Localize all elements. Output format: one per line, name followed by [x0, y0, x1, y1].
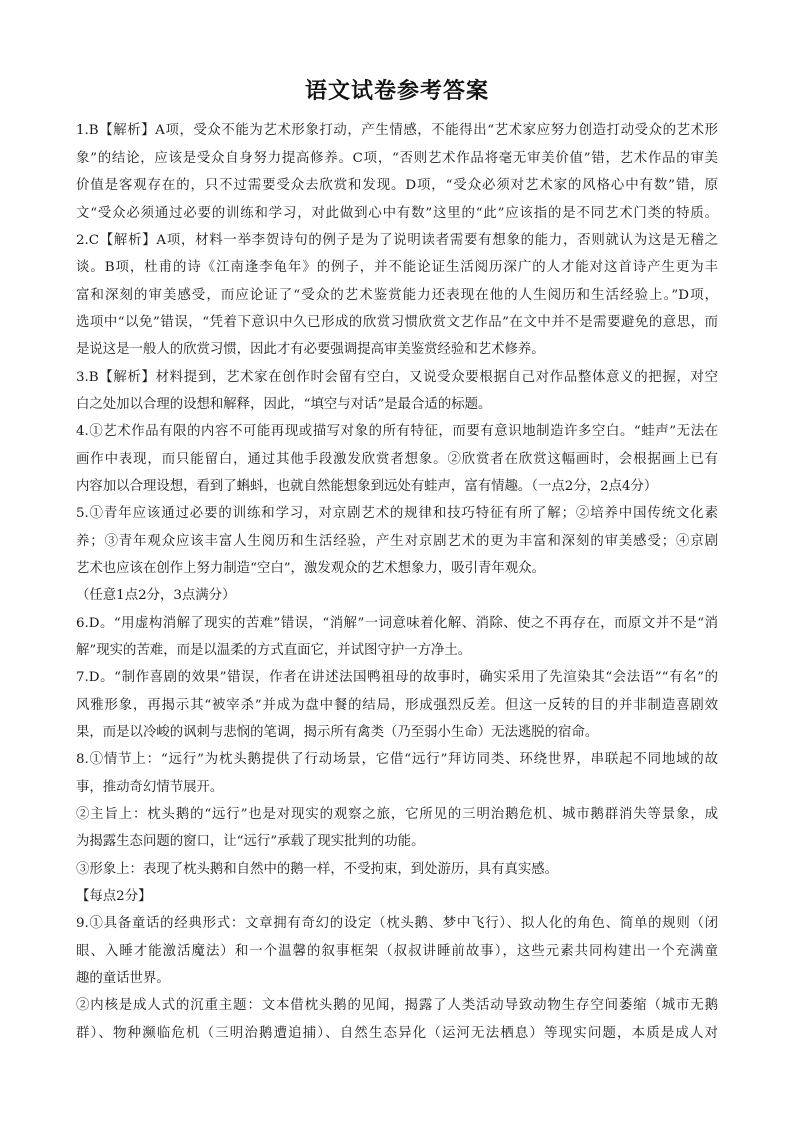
text-line: 价值是客观存在的，只不过需要受众去欣赏和发现。D项，“受众必须对艺术家的风格心中…	[76, 177, 718, 195]
text-line: ②主旨上：枕头鹅的“远行”也是对现实的观察之旅，它所见的三明治鹅危机、城市鹅群消…	[76, 806, 718, 824]
text-line: ②内核是成人式的沉重主题：文本借枕头鹅的见闻，揭露了人类活动导致动物生存空间萎缩…	[76, 997, 718, 1015]
text-line: 【每点2分】	[76, 888, 718, 906]
text-line: 解”现实的苦难，而是以温柔的方式直面它，并试图守护一方净土。	[76, 642, 718, 660]
text-line: 文“受众必须通过必要的训练和学习，对此做到心中有数”这里的“此”应该指的是不同艺…	[76, 205, 718, 223]
text-line: 事，推动奇幻情节展开。	[76, 779, 718, 797]
text-line: 果，而是以冷峻的讽刺与悲悯的笔调，揭示所有禽类（乃至弱小生命）无法逃脱的宿命。	[76, 724, 718, 742]
text-line: 富和深刻的审美感受，而应论证了“受众的艺术鉴赏能力还表现在他的人生阅历和生活经验…	[76, 287, 718, 305]
text-line: 艺术也应该在创作上努力制造“空白”，激发观众的艺术想象力，吸引青年观众。	[76, 560, 718, 578]
text-line: 6.D。“用虚构消解了现实的苦难”错误，“消解”一词意味着化解、消除、使之不再存…	[76, 615, 718, 633]
text-line: 为揭露生态问题的窗口，让“远行”承载了现实批判的功能。	[76, 833, 718, 851]
text-line: 3.B【解析】材料提到，艺术家在创作时会留有空白，又说受众要根据自己对作品整体意…	[76, 369, 718, 387]
text-line: 象”的结论，应该是受众自身努力提高修养。C项，“否则艺术作品将毫无审美价值”错，…	[76, 150, 718, 168]
text-line: 趣的童话世界。	[76, 970, 718, 988]
text-line: 5.①青年应该通过必要的训练和学习，对京剧艺术的规律和技巧特征有所了解；②培养中…	[76, 505, 718, 523]
text-line: 谈。B项，杜甫的诗《江南逢李龟年》的例子，并不能论证生活阅历深广的人才能对这首诗…	[76, 259, 718, 277]
text-line: 眼、入睡才能激活魔法）和一个温馨的叙事框架（叔叔讲睡前故事），这些元素共同构建出…	[76, 943, 718, 961]
text-line: 7.D。“制作喜剧的效果”错误，作者在讲述法国鸭祖母的故事时，确实采用了先渲染其…	[76, 669, 718, 687]
text-line: 2.C【解析】A项，材料一举李贺诗句的例子是为了说明读者需要有想象的能力，否则就…	[76, 232, 718, 250]
text-line: 白之处加以合理的设想和解释，因此，“填空与对话”是最合适的标题。	[76, 396, 718, 414]
document-page: 语文试卷参考答案 1.B【解析】A项，受众不能为艺术形象打动，产生情感，不能得出…	[0, 0, 794, 1122]
text-line: 4.①艺术作品有限的内容不可能再现或描写对象的所有特征，而要有意识地制造许多空白…	[76, 423, 718, 441]
page-title: 语文试卷参考答案	[0, 74, 794, 105]
text-line: 养；③青年观众应该丰富人生阅历和生活经验，产生对京剧艺术的更为丰富和深刻的审美感…	[76, 533, 718, 551]
text-line: 群）、物种濒临危机（三明治鹅遭追捕）、自然生态异化（运河无法栖息）等现实问题，本…	[76, 1025, 718, 1043]
text-line: （任意1点2分，3点满分）	[76, 587, 718, 605]
text-line: 是说这是一般人的欣赏习惯，因此才有必要强调提高审美鉴赏经验和艺术修养。	[76, 341, 718, 359]
text-line: 1.B【解析】A项，受众不能为艺术形象打动，产生情感，不能得出“艺术家应努力创造…	[76, 122, 718, 140]
text-line: 画作中表现，而只能留白，通过其他手段激发欣赏者想象。②欣赏者在欣赏这幅画时，会根…	[76, 451, 718, 469]
text-line: 8.①情节上：“远行”为枕头鹅提供了行动场景，它借“远行”拜访同类、环绕世界，串…	[76, 751, 718, 769]
text-line: 风雅形象，再揭示其“被宰杀”并成为盘中餐的结局，形成强烈反差。但这一反转的目的并…	[76, 697, 718, 715]
text-line: 选项中“以免”错误，“凭着下意识中久已形成的欣赏习惯欣赏文艺作品”在文中并不是需…	[76, 314, 718, 332]
text-line: 内容加以合理设想，看到了蝌蚪，也就自然能想象到远处有蛙声，富有情趣。（一点2分，…	[76, 478, 718, 496]
text-line: ③形象上：表现了枕头鹅和自然中的鹅一样，不受拘束，到处游历，具有真实感。	[76, 861, 718, 879]
text-line: 9.①具备童话的经典形式：文章拥有奇幻的设定（枕头鹅、梦中飞行）、拟人化的角色、…	[76, 915, 718, 933]
